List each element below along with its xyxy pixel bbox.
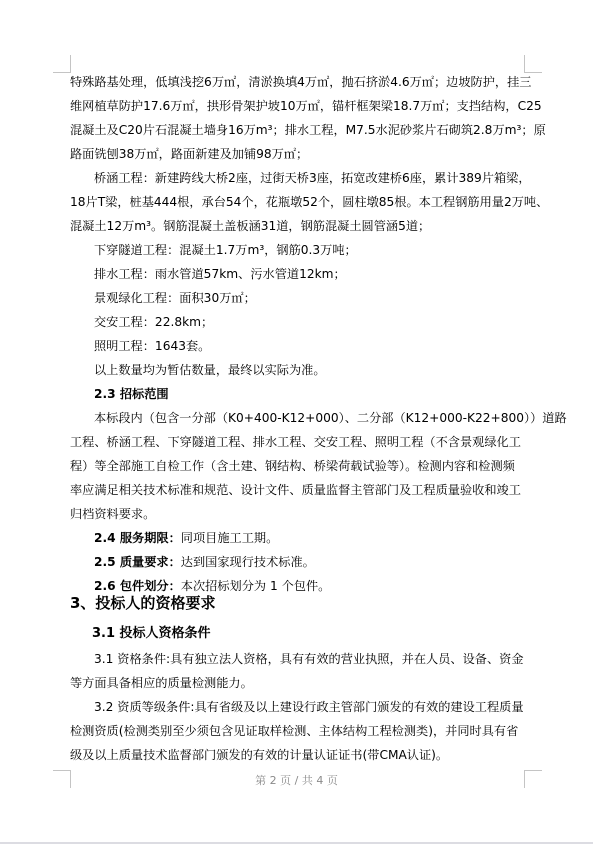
service-period-label: 2.4 服务期限：: [94, 531, 181, 545]
text-line: 维网植草防护17.6万㎡，拱形骨架护坡10万㎡，锚杆框架梁18.7万㎡；支挡结构…: [70, 94, 526, 118]
heading-3-1: 3.1 投标人资格条件: [92, 622, 211, 646]
section-2-body: 特殊路基处理，低填浅挖6万㎡，清淤换填4万㎡，抛石挤淤4.6万㎡；边坡防护，挂三…: [70, 70, 526, 598]
section-3-body: 3.1 资格条件:具有独立法人资格，具有有效的营业执照，并在人员、设备、资金 等…: [70, 647, 526, 767]
margin-corner-top-left: [53, 55, 71, 73]
heading-2-3-scope: 2.3 招标范围: [70, 382, 526, 406]
text-line: 特殊路基处理，低填浅挖6万㎡，清淤换填4万㎡，抛石挤淤4.6万㎡；边坡防护，挂三: [70, 70, 526, 94]
service-period-value: 同项目施工工期。: [181, 531, 279, 545]
text-line: 程）等全部施工自检工作（含土建、钢结构、桥梁荷载试验等）。检测内容和检测频: [70, 454, 526, 478]
paragraph-tunnel: 下穿隧道工程：混凝土1.7万m³，钢筋0.3万吨；: [70, 238, 526, 262]
paragraph-drainage: 排水工程：雨水管道57km、污水管道12km；: [70, 262, 526, 286]
text-line: 率应满足相关技术标准和规范、设计文件、质量监督主管部门及工程质量验收和竣工: [70, 478, 526, 502]
paragraph-quality: 2.5 质量要求：达到国家现行技术标准。: [70, 550, 526, 574]
quality-label: 2.5 质量要求：: [94, 555, 181, 569]
page-number-footer: 第 2 页 / 共 4 页: [0, 772, 593, 788]
text-line: 3.2 资质等级条件:具有省级及以上建设行政主管部门颁发的有效的建设工程质量: [70, 695, 526, 719]
document-page: 特殊路基处理，低填浅挖6万㎡，清淤换填4万㎡，抛石挤淤4.6万㎡；边坡防护，挂三…: [0, 0, 593, 842]
text-line: 等方面具备相应的质量检测能力。: [70, 671, 526, 695]
heading-section-3: 3、投标人的资格要求: [70, 590, 215, 616]
text-line: 桥涵工程：新建跨线大桥2座，过街天桥3座，拓宽改建桥6座，累计389片箱梁，: [70, 166, 526, 190]
text-line: 路面铣刨38万㎡，路面新建及加铺98万㎡；: [70, 142, 526, 166]
text-line: 3.1 资格条件:具有独立法人资格，具有有效的营业执照，并在人员、设备、资金: [70, 647, 526, 671]
paragraph-3-2: 3.2 资质等级条件:具有省级及以上建设行政主管部门颁发的有效的建设工程质量 检…: [70, 695, 526, 767]
paragraph-3-1: 3.1 资格条件:具有独立法人资格，具有有效的营业执照，并在人员、设备、资金 等…: [70, 647, 526, 695]
margin-corner-top-right: [524, 55, 542, 73]
paragraph-service-period: 2.4 服务期限：同项目施工工期。: [70, 526, 526, 550]
text-line: 工程、桥涵工程、下穿隧道工程、排水工程、交安工程、照明工程（不含景观绿化工: [70, 430, 526, 454]
text-line: 混凝土12万m³。钢筋混凝土盖板涵31道，钢筋混凝土圆管涵5道；: [70, 214, 526, 238]
text-line: 混凝土及C20片石混凝土墙身16万m³；排水工程，M7.5水泥砂浆片石砌筑2.8…: [70, 118, 526, 142]
quality-value: 达到国家现行技术标准。: [181, 555, 315, 569]
paragraph-landscape: 景观绿化工程：面积30万㎡；: [70, 286, 526, 310]
paragraph-bridge: 桥涵工程：新建跨线大桥2座，过街天桥3座，拓宽改建桥6座，累计389片箱梁， 1…: [70, 166, 526, 238]
text-line: 级及以上质量技术监督部门颁发的有效的计量认证证书(带CMA认证)。: [70, 743, 526, 767]
text-line: 归档资料要求。: [70, 502, 526, 526]
text-line: 18片T梁，桩基444根，承台54个，花瓶墩52个，圆柱墩85根。本工程钢筋用量…: [70, 190, 526, 214]
text-line: 本标段内（包含一分部（K0+400-K12+000）、二分部（K12+000-K…: [70, 406, 526, 430]
paragraph-traffic: 交安工程：22.8km；: [70, 310, 526, 334]
text-line: 检测资质(检测类别至少须包含见证取样检测、主体结构工程检测类)，并同时具有省: [70, 719, 526, 743]
paragraph-roadbed: 特殊路基处理，低填浅挖6万㎡，清淤换填4万㎡，抛石挤淤4.6万㎡；边坡防护，挂三…: [70, 70, 526, 166]
paragraph-scope: 本标段内（包含一分部（K0+400-K12+000）、二分部（K12+000-K…: [70, 406, 526, 526]
paragraph-lighting: 照明工程：1643套。: [70, 334, 526, 358]
paragraph-estimate-note: 以上数量均为暂估数量，最终以实际为准。: [70, 358, 526, 382]
